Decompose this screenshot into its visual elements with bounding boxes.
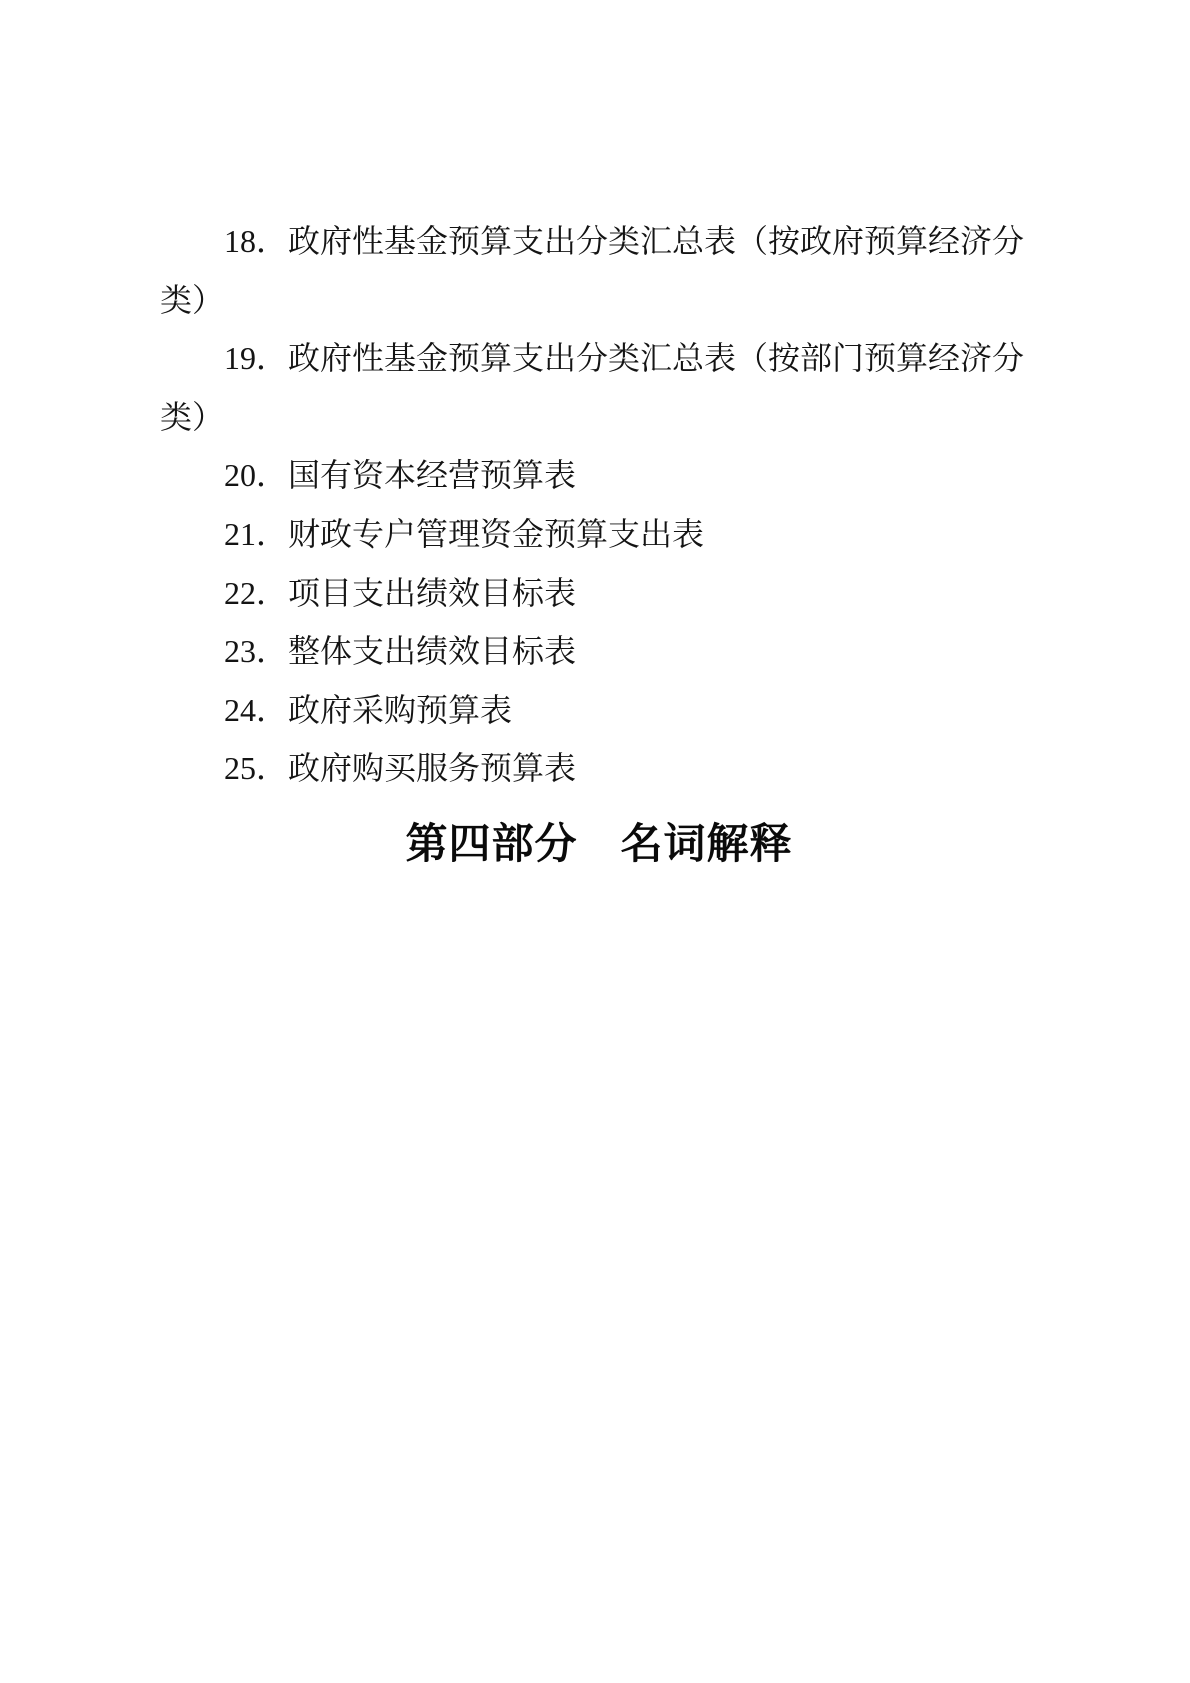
toc-item-title: 政府性基金预算支出分类汇总表（按政府预算经济分类） <box>160 223 1024 318</box>
toc-item-23: 23．整体支出绩效目标表 <box>160 622 1038 681</box>
toc-item-number: 18． <box>224 223 288 259</box>
toc-item-number: 23． <box>224 633 288 669</box>
document-content: 18．政府性基金预算支出分类汇总表（按政府预算经济分类） 19．政府性基金预算支… <box>160 212 1038 876</box>
toc-item-title: 财政专户管理资金预算支出表 <box>288 516 704 552</box>
toc-item-title: 政府购买服务预算表 <box>288 750 576 786</box>
toc-item-title: 整体支出绩效目标表 <box>288 633 576 669</box>
toc-item-24: 24．政府采购预算表 <box>160 681 1038 740</box>
toc-item-22: 22．项目支出绩效目标表 <box>160 564 1038 623</box>
toc-item-title: 国有资本经营预算表 <box>288 457 576 493</box>
toc-item-title: 政府采购预算表 <box>288 692 512 728</box>
toc-item-number: 25． <box>224 750 288 786</box>
toc-item-18: 18．政府性基金预算支出分类汇总表（按政府预算经济分类） <box>160 212 1038 329</box>
toc-item-number: 22． <box>224 575 288 611</box>
toc-item-25: 25．政府购买服务预算表 <box>160 739 1038 798</box>
toc-item-21: 21．财政专户管理资金预算支出表 <box>160 505 1038 564</box>
toc-item-number: 24． <box>224 692 288 728</box>
document-page: 18．政府性基金预算支出分类汇总表（按政府预算经济分类） 19．政府性基金预算支… <box>0 0 1190 1683</box>
toc-item-number: 20． <box>224 457 288 493</box>
toc-item-title: 项目支出绩效目标表 <box>288 575 576 611</box>
section-heading: 第四部分 名词解释 <box>160 812 1038 876</box>
toc-item-number: 19． <box>224 340 288 376</box>
toc-item-20: 20．国有资本经营预算表 <box>160 446 1038 505</box>
toc-item-title: 政府性基金预算支出分类汇总表（按部门预算经济分类） <box>160 340 1024 435</box>
toc-item-19: 19．政府性基金预算支出分类汇总表（按部门预算经济分类） <box>160 329 1038 446</box>
toc-item-number: 21． <box>224 516 288 552</box>
